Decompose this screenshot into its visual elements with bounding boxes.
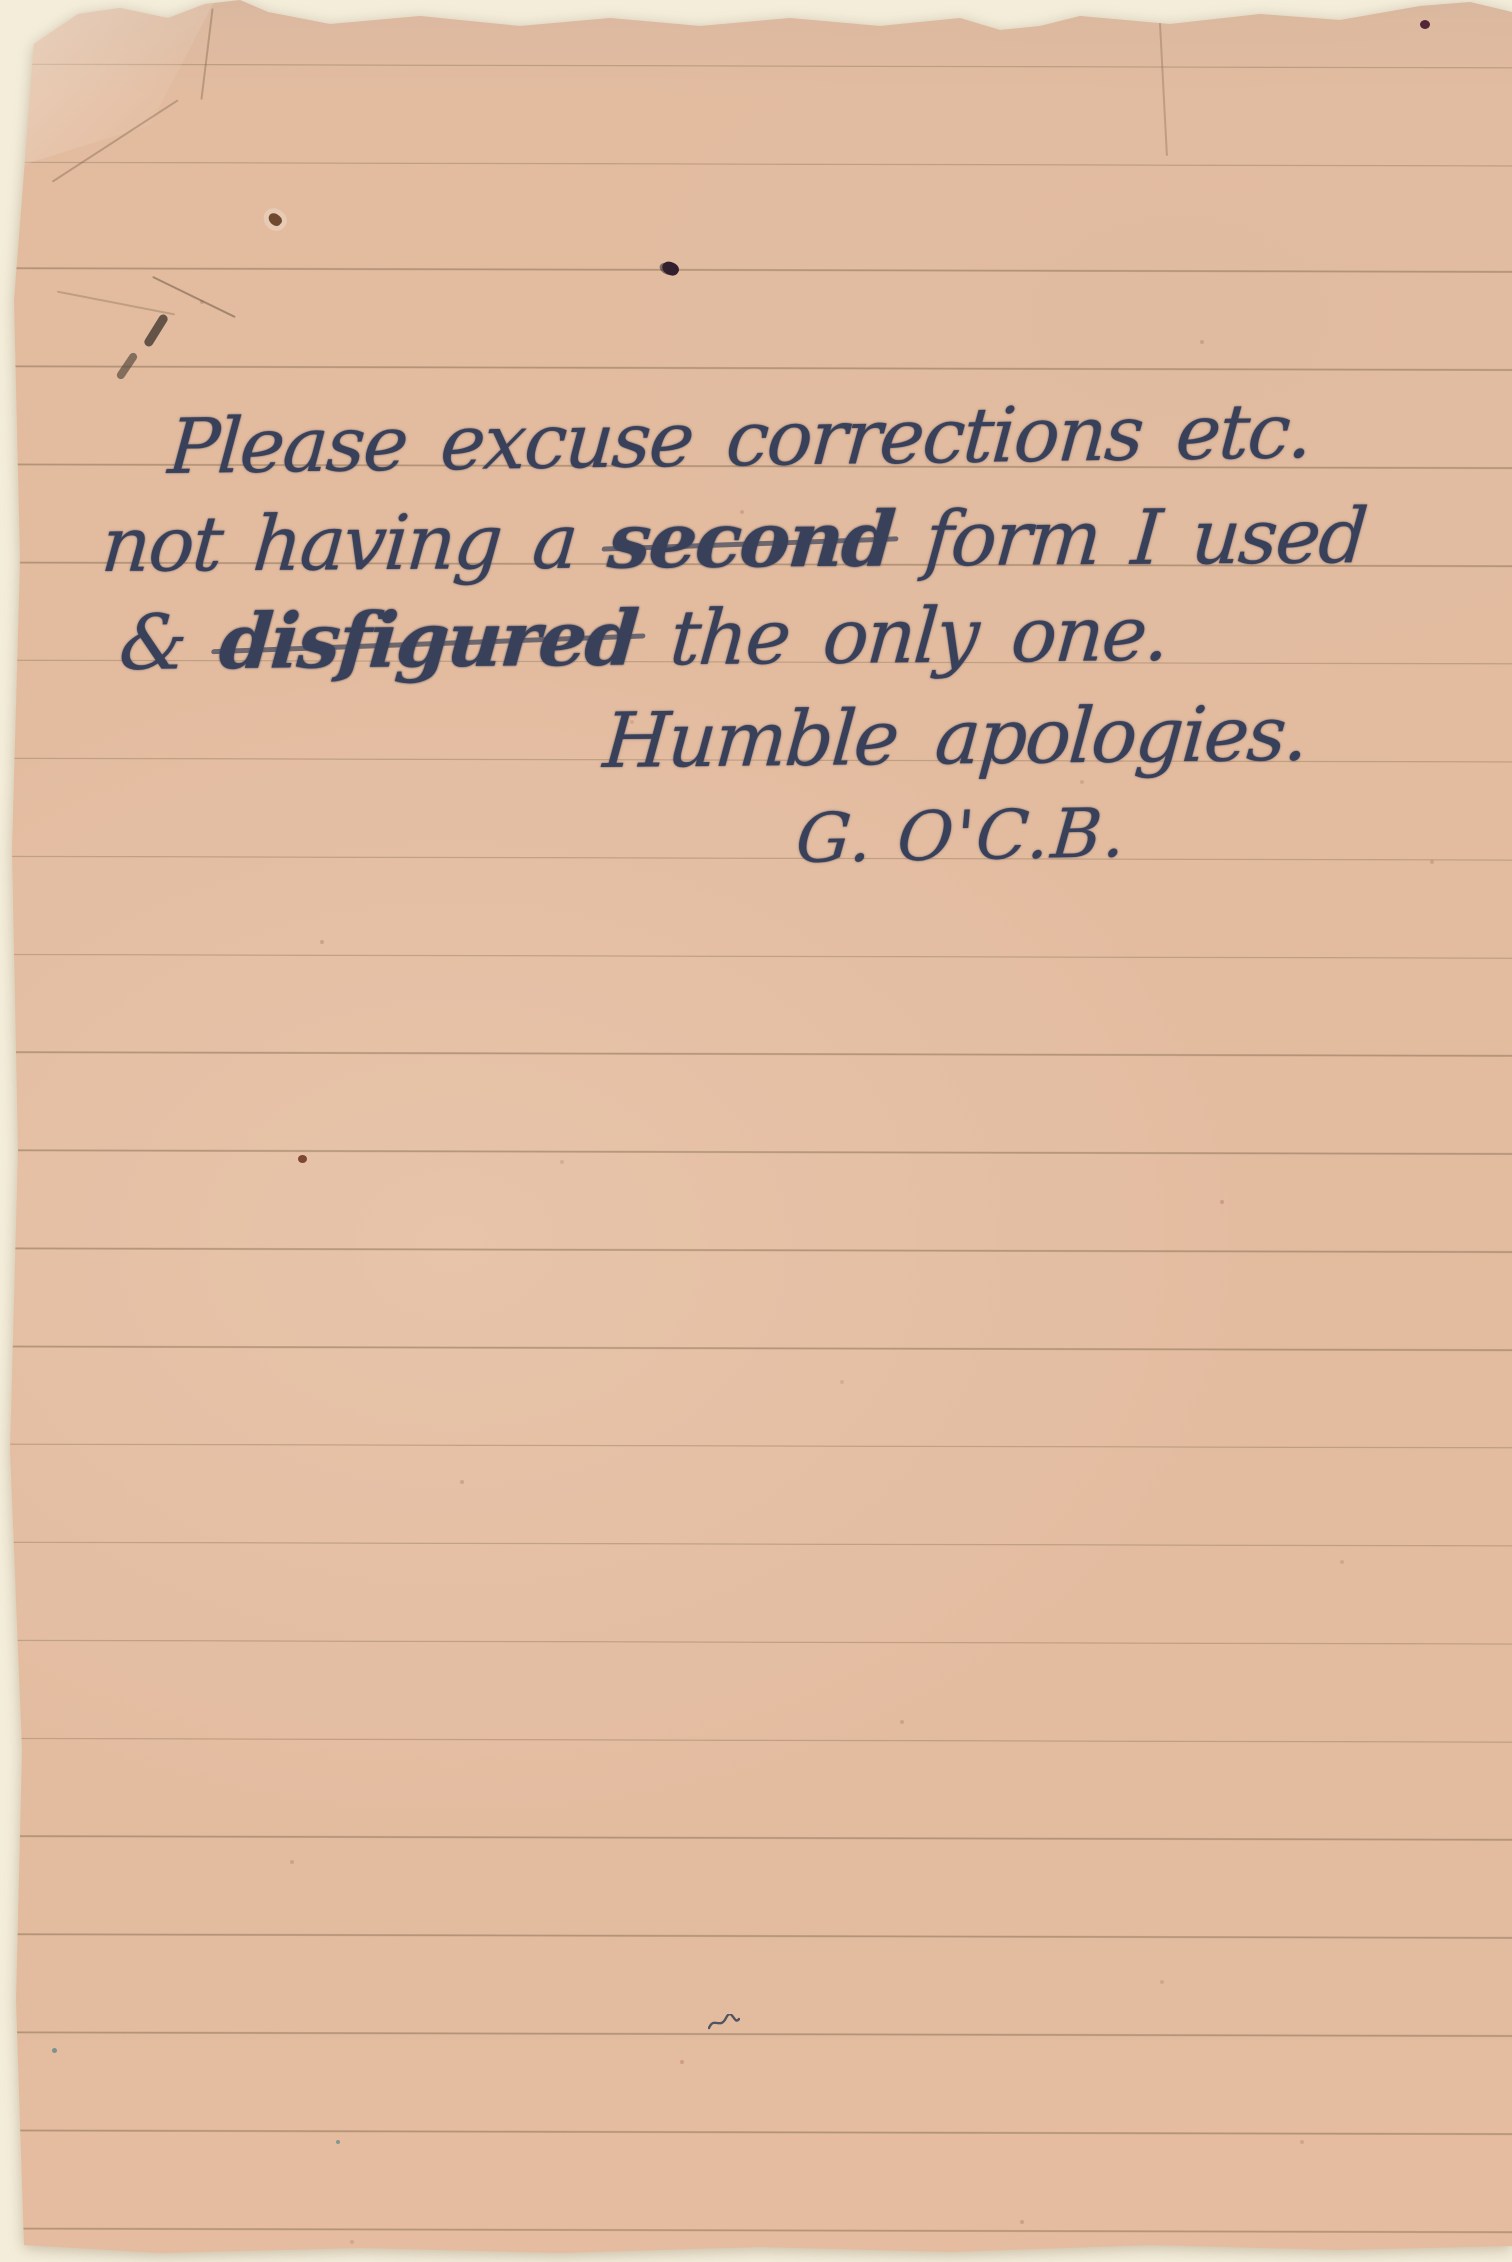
- line3-corrected-word: disfigured: [216, 593, 640, 686]
- line2-corrected-word: second: [605, 494, 897, 585]
- signature: G. O'C.B.: [792, 785, 1132, 889]
- handwriting-line-4: Humble apologies.: [600, 685, 1310, 790]
- line2-pre: not having a: [98, 496, 612, 589]
- scanned-note-sheet: Please excuse corrections etc. not havin…: [0, 0, 1512, 2262]
- handwriting-line-2: not having a second form I used: [98, 487, 1370, 594]
- line2-post: form I used: [890, 491, 1370, 583]
- handwritten-note: Please excuse corrections etc. not havin…: [0, 0, 1512, 2262]
- signature-initials: G. O'C.B.: [793, 794, 1131, 879]
- handwriting-line-3: & disfigured the only one.: [116, 585, 1171, 692]
- line1-text: Please excuse corrections etc.: [165, 386, 1314, 491]
- handwriting-line-1: Please excuse corrections etc.: [165, 382, 1314, 496]
- line4-text: Humble apologies.: [600, 689, 1310, 785]
- line3-pre: &: [116, 597, 223, 687]
- line3-post: the only one.: [633, 589, 1171, 683]
- note-paper: Please excuse corrections etc. not havin…: [0, 0, 1512, 2262]
